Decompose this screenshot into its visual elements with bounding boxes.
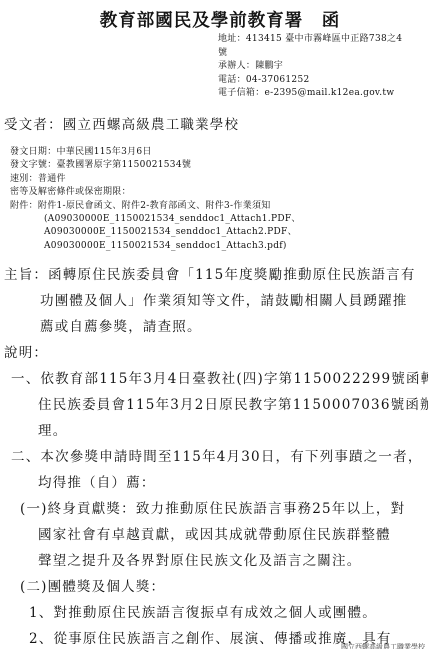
email-line: 電子信箱：e-2395@mail.k12ea.gov.tw [218,87,426,101]
item-2-line-1: 二、本次參獎申請時間至115年4月30日，有下列事蹟之一者， [0,444,428,470]
subitem-1-line-3: 聲望之提升及各界對原住民族文化及語言之關注。 [0,548,428,574]
attachment-filename-1: (A09030000E_1150021534_senddoc1_Attach1.… [10,213,301,226]
attachment-filename-3: A09030000E_1150021534_senddoc1_Attach3.p… [10,240,301,253]
address-line-2: 號 [218,47,426,61]
letter-body: 主旨：函轉原住民族委員會「115年度獎勵推動原住民族語言有 功團體及個人」作業須… [0,262,428,649]
issue-date-line: 發文日期：中華民國115年3月6日 [10,146,301,159]
subject-line-3: 薦或自薦參獎，請查照。 [0,314,428,340]
subitem-2-line: (二)團體獎及個人獎： [0,574,428,600]
receiver-stamp-text: 國立西螺高級農工職業學校 [341,642,425,649]
item-1-line-3: 理。 [0,418,428,444]
subitem-1-line-2: 國家社會有卓越貢獻，或因其成就帶動原住民族群整體 [0,522,428,548]
subitem-1-line-1: (一)終身貢獻獎：致力推動原住民族語言事務25年以上，對 [0,496,428,522]
item-1-line-1: 一、依教育部115年3月4日臺教社(四)字第1150022299號函轉原 [0,366,428,392]
recipient-line: 受文者：國立西螺高級農工職業學校 [4,113,239,133]
attachments-line: 附件：附件1-原民會函文、附件2-教育部函文、附件3-作業須知 [10,200,301,213]
point-1-line: 1、對推動原住民族語言復振卓有成效之個人或團體。 [0,600,428,626]
item-1-line-2: 住民族委員會115年3月2日原民教字第1150007036號函辦 [0,392,428,418]
priority-line: 速別：普通件 [10,173,301,186]
subject-line-2: 功團體及個人」作業須知等文件，請鼓勵相關人員踴躍推 [0,288,428,314]
classification-line: 密等及解密條件或保密期限： [10,186,301,199]
document-meta-block: 發文日期：中華民國115年3月6日 發文字號：臺教國署原字第1150021534… [10,146,301,253]
attachment-filename-2: A09030000E_1150021534_senddoc1_Attach2.P… [10,226,301,239]
phone-line: 電話：04-37061252 [218,74,426,88]
agency-contact-block: 地址：413415 臺中市霧峰區中正路738之4 號 承辦人：陳鵬宇 電話：04… [218,33,426,101]
subject-line-1: 主旨：函轉原住民族委員會「115年度獎勵推動原住民族語言有 [0,262,428,288]
official-letter-document: 教育部國民及學前教育署 函 地址：413415 臺中市霧峰區中正路738之4 號… [0,0,428,649]
item-2-line-2: 均得推（自）薦： [0,470,428,496]
doc-number-line: 發文字號：臺教國署原字第1150021534號 [10,159,301,172]
contact-person-line: 承辦人：陳鵬宇 [218,60,426,74]
address-line-1: 地址：413415 臺中市霧峰區中正路738之4 [218,33,426,47]
explanation-heading: 說明： [0,340,428,366]
document-title: 教育部國民及學前教育署 函 [20,7,420,32]
